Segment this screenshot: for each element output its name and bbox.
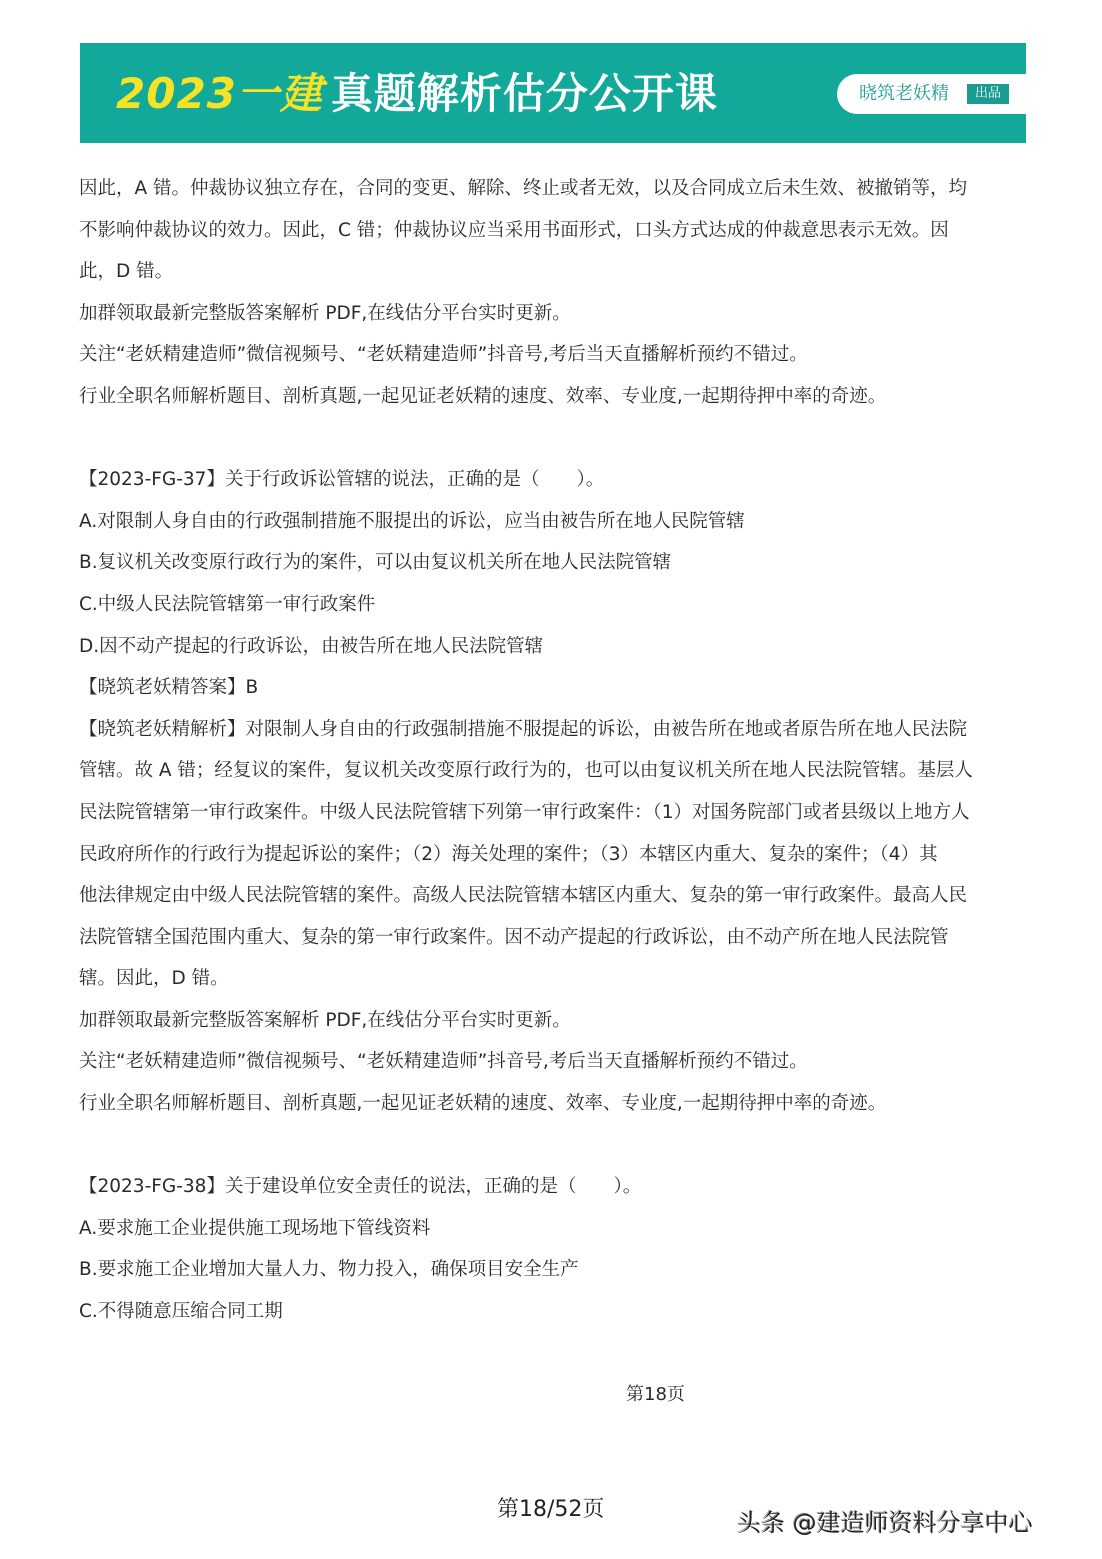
question-option-b: B.要求施工企业增加大量人力、物力投入，确保项目安全生产 bbox=[79, 1249, 1029, 1291]
brand-pill: 晓筑老妖精 出品 bbox=[837, 74, 1027, 114]
promo-line: 行业全职名师解析题目、剖析真题,一起见证老妖精的速度、效率、专业度,一起期待押中… bbox=[79, 1083, 1029, 1125]
question-option-c: C.中级人民法院管辖第一审行政案件 bbox=[79, 584, 1029, 626]
analysis-line: 管辖。故 A 错；经复议的案件，复议机关改变原行政行为的，也可以由复议机关所在地… bbox=[79, 750, 1029, 792]
analysis-line: 辖。因此，D 错。 bbox=[79, 958, 1029, 1000]
paragraph-line: 因此，A 错。仲裁协议独立存在，合同的变更、解除、终止或者无效，以及合同成立后未… bbox=[79, 168, 1029, 210]
page-indicator: 第18/52页 bbox=[497, 1492, 604, 1523]
page-number: 第18页 bbox=[626, 1380, 685, 1406]
promo-line: 加群领取最新完整版答案解析 PDF,在线估分平台实时更新。 bbox=[79, 1000, 1029, 1042]
question-option-a: A.要求施工企业提供施工现场地下管线资料 bbox=[79, 1208, 1029, 1250]
paragraph-line: 此，D 错。 bbox=[79, 251, 1029, 293]
document-body: 因此，A 错。仲裁协议独立存在，合同的变更、解除、终止或者无效，以及合同成立后未… bbox=[79, 168, 1029, 1333]
header-banner: 2023一建真题解析估分公开课 晓筑老妖精 出品 bbox=[80, 43, 1026, 143]
analysis-line: 民法院管辖第一审行政案件。中级人民法院管辖下列第一审行政案件：（1）对国务院部门… bbox=[79, 792, 1029, 834]
analysis-line: 【晓筑老妖精解析】对限制人身自由的行政强制措施不服提起的诉讼，由被告所在地或者原… bbox=[79, 709, 1029, 751]
paragraph-line: 不影响仲裁协议的效力。因此，C 错；仲裁协议应当采用书面形式，口头方式达成的仲裁… bbox=[79, 210, 1029, 252]
promo-line: 行业全职名师解析题目、剖析真题,一起见证老妖精的速度、效率、专业度,一起期待押中… bbox=[79, 376, 1029, 418]
spacer bbox=[79, 418, 1029, 460]
question-option-c: C.不得随意压缩合同工期 bbox=[79, 1291, 1029, 1333]
question-option-b: B.复议机关改变原行政行为的案件，可以由复议机关所在地人民法院管辖 bbox=[79, 542, 1029, 584]
promo-line: 关注“老妖精建造师”微信视频号、“老妖精建造师”抖音号,考后当天直播解析预约不错… bbox=[79, 1041, 1029, 1083]
answer-line: 【晓筑老妖精答案】B bbox=[79, 667, 1029, 709]
brand-badge: 出品 bbox=[967, 84, 1009, 104]
banner-title: 2023一建真题解析估分公开课 bbox=[116, 69, 718, 119]
question-title: 【2023-FG-38】关于建设单位安全责任的说法，正确的是（ ）。 bbox=[79, 1166, 1029, 1208]
banner-title-year: 2023一建 bbox=[116, 69, 323, 118]
brand-name: 晓筑老妖精 bbox=[859, 83, 949, 105]
promo-line: 关注“老妖精建造师”微信视频号、“老妖精建造师”抖音号,考后当天直播解析预约不错… bbox=[79, 334, 1029, 376]
analysis-line: 他法律规定由中级人民法院管辖的案件。高级人民法院管辖本辖区内重大、复杂的第一审行… bbox=[79, 875, 1029, 917]
watermark: 头条 @建造师资料分享中心 bbox=[737, 1503, 1033, 1538]
promo-line: 加群领取最新完整版答案解析 PDF,在线估分平台实时更新。 bbox=[79, 293, 1029, 335]
question-option-a: A.对限制人身自由的行政强制措施不服提出的诉讼，应当由被告所在地人民院管辖 bbox=[79, 501, 1029, 543]
analysis-line: 法院管辖全国范围内重大、复杂的第一审行政案件。因不动产提起的行政诉讼，由不动产所… bbox=[79, 917, 1029, 959]
banner-title-text: 真题解析估分公开课 bbox=[331, 69, 718, 118]
question-title: 【2023-FG-37】关于行政诉讼管辖的说法，正确的是（ ）。 bbox=[79, 459, 1029, 501]
question-option-d: D.因不动产提起的行政诉讼，由被告所在地人民法院管辖 bbox=[79, 626, 1029, 668]
spacer bbox=[79, 1125, 1029, 1167]
analysis-line: 民政府所作的行政行为提起诉讼的案件；（2）海关处理的案件；（3）本辖区内重大、复… bbox=[79, 834, 1029, 876]
